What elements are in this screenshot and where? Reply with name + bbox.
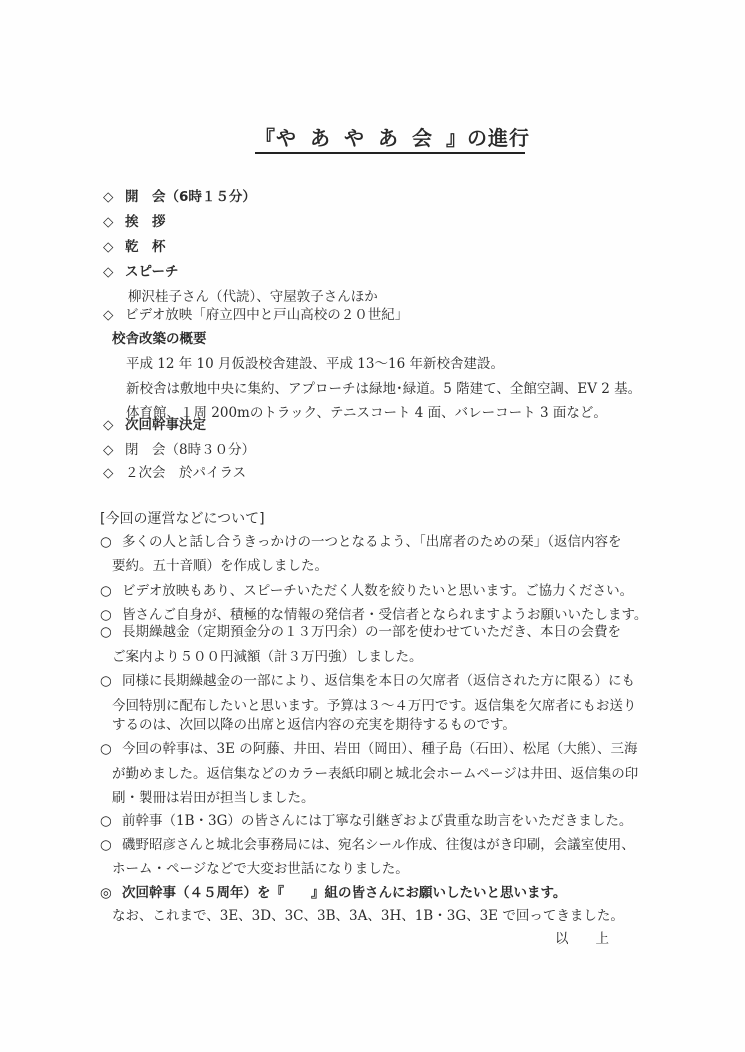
circle-icon: ○ <box>100 582 122 600</box>
program-item-text: 開 会（6時１５分） <box>125 189 256 205</box>
circle-icon: ○ <box>100 812 122 830</box>
diamond-icon: ◇ <box>103 306 125 324</box>
document-title: 『やあやあ会』の進行 <box>255 126 525 154</box>
circle-icon: ○ <box>100 836 122 854</box>
title-bracket-open: 『 <box>255 126 276 150</box>
circle-icon: ○ <box>100 606 122 624</box>
program-item-text: 挨 拶 <box>125 214 166 230</box>
document-page: 『やあやあ会』の進行 ◇開 会（6時１５分） ◇挨 拶 ◇乾 杯 ◇スピーチ 柳… <box>0 0 745 1052</box>
notes-heading: [今回の運営などについて] <box>100 510 265 528</box>
note-line: 同様に長期繰越金の一部により、返信集を本日の欠席者（返信された方に限る）にも <box>122 673 635 689</box>
diamond-icon: ◇ <box>103 416 125 434</box>
diamond-icon: ◇ <box>103 263 125 281</box>
title-event-name: やあやあ会 <box>276 126 446 150</box>
note-item: ○磯野昭彦さんと城北会事務局には、宛名シール作成、往復はがき印刷，会議室使用、 <box>100 836 635 854</box>
program-item: ◇次回幹事決定 <box>103 416 206 434</box>
program-item: ◇挨 拶 <box>103 213 166 231</box>
closing-mark: 以 上 <box>555 930 609 948</box>
program-item: ◇閉 会（8時３０分） <box>103 441 255 459</box>
circle-icon: ○ <box>100 623 122 641</box>
program-item: ◇乾 杯 <box>103 238 166 256</box>
note-line: 前幹事（1B・3G）の皆さんには丁寧な引継ぎおよび貴重な助言をいただきました。 <box>122 813 632 829</box>
note-item: ○ビデオ放映もあり、スピーチいただく人数を絞りたいと思います。ご協力ください。 <box>100 582 633 600</box>
note-line: 多くの人と話し合うきっかけの一つとなるよう、「出席者のための栞」（返信内容を <box>122 534 622 550</box>
note-line: 次回幹事（４５周年）を『 』組の皆さんにお願いしたいと思います。 <box>122 885 566 901</box>
note-line: が勤めました。返信集などのカラー表紙印刷と城北会ホームページは井田、返信集の印 <box>112 765 638 783</box>
program-item: ◇ビデオ放映「府立四中と戸山高校の２０世紀」 <box>103 306 408 324</box>
program-item-text: 次回幹事決定 <box>125 417 206 433</box>
program-speakers: 柳沢桂子さん（代読）、守屋敦子さんほか <box>128 288 378 306</box>
double-circle-icon: ◎ <box>100 884 122 902</box>
title-bracket-close: 』 <box>446 126 467 150</box>
note-line: 今回の幹事は、3E の阿藤、井田、岩田（岡田）、種子島（石田）、松尾（大熊）、三… <box>122 741 637 757</box>
note-item: ○長期繰越金（定期預金分の１３万円余）の一部を使わせていただき、本日の会費を <box>100 623 621 641</box>
circle-icon: ○ <box>100 533 122 551</box>
overview-line: 平成 12 年 10 月仮設校舎建設、平成 13〜16 年新校舎建設。 <box>126 355 504 373</box>
program-item: ◇開 会（6時１５分） <box>103 188 256 206</box>
program-item-text: ２次会 於パイラス <box>125 465 246 481</box>
note-item: ○前幹事（1B・3G）の皆さんには丁寧な引継ぎおよび貴重な助言をいただきました。 <box>100 812 632 830</box>
program-item-text: 柳沢桂子さん（代読）、守屋敦子さんほか <box>128 289 378 305</box>
program-item: ◇２次会 於パイラス <box>103 464 246 482</box>
note-line: 皆さんご自身が、積極的な情報の発信者・受信者となられますようお願いいたします。 <box>122 607 647 623</box>
note-line: 今回特別に配布したいと思います。予算は３〜４万円です。返信集を欠席者にもお送り <box>112 697 636 715</box>
note-line: ビデオ放映もあり、スピーチいただく人数を絞りたいと思います。ご協力ください。 <box>122 583 633 599</box>
note-line: 刷・製冊は岩田が担当しました。 <box>112 789 315 807</box>
note-item: ○多くの人と話し合うきっかけの一つとなるよう、「出席者のための栞」（返信内容を <box>100 533 622 551</box>
overview-heading: 校舎改築の概要 <box>112 330 207 348</box>
note-item: ○同様に長期繰越金の一部により、返信集を本日の欠席者（返信された方に限る）にも <box>100 672 635 690</box>
circle-icon: ○ <box>100 672 122 690</box>
note-line: ホーム・ページなどで大変お世話になりました。 <box>112 860 409 878</box>
note-item-highlight: ◎次回幹事（４５周年）を『 』組の皆さんにお願いしたいと思います。 <box>100 884 566 902</box>
title-suffix: の進行 <box>467 126 530 150</box>
diamond-icon: ◇ <box>103 464 125 482</box>
note-item: ○皆さんご自身が、積極的な情報の発信者・受信者となられますようお願いいたします。 <box>100 606 647 624</box>
program-item-text: ビデオ放映「府立四中と戸山高校の２０世紀」 <box>125 307 408 323</box>
note-line: ご案内より５００円減額（計３万円強）しました。 <box>112 648 423 666</box>
overview-line: 新校舎は敷地中央に集約、アプローチは緑地･緑道。5 階建て、全館空調、EV 2 … <box>126 380 641 398</box>
note-item: ○今回の幹事は、3E の阿藤、井田、岩田（岡田）、種子島（石田）、松尾（大熊）、… <box>100 740 637 758</box>
note-line: するのは、次回以降の出席と返信内容の充実を期待するものです。 <box>112 716 516 734</box>
note-line: なお、これまで、3E、3D、3C、3B、3A、3H、1B・3G、3E で回ってき… <box>112 907 624 925</box>
circle-icon: ○ <box>100 740 122 758</box>
note-line: 長期繰越金（定期預金分の１３万円余）の一部を使わせていただき、本日の会費を <box>122 624 621 640</box>
diamond-icon: ◇ <box>103 441 125 459</box>
note-line: 要約。五十音順）を作成しました。 <box>112 557 328 575</box>
program-item-text: スピーチ <box>125 264 178 280</box>
note-line: 磯野昭彦さんと城北会事務局には、宛名シール作成、往復はがき印刷，会議室使用、 <box>122 837 635 853</box>
program-item-text: 乾 杯 <box>125 239 166 255</box>
diamond-icon: ◇ <box>103 238 125 256</box>
program-item-text: 閉 会（8時３０分） <box>125 442 255 458</box>
program-item: ◇スピーチ <box>103 263 178 281</box>
diamond-icon: ◇ <box>103 188 125 206</box>
diamond-icon: ◇ <box>103 213 125 231</box>
